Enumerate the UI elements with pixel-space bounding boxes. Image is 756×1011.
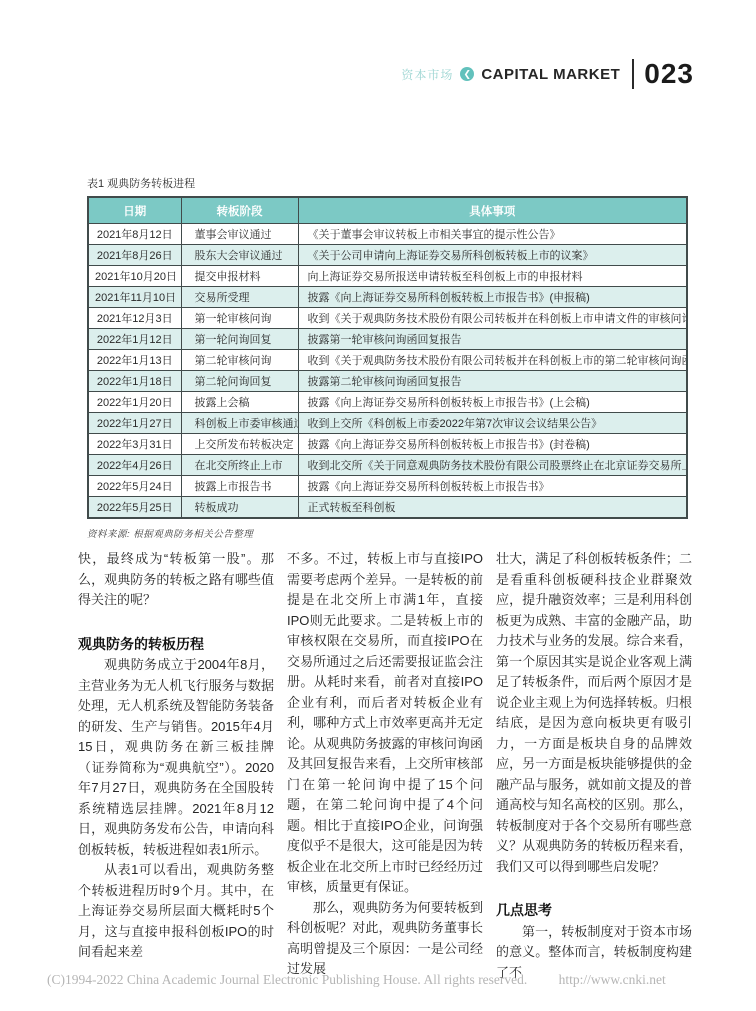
paragraph: 从表1可以看出，观典防务整个转板进程历时9个月。其中，在上海证券交易所层面大概耗… [78,860,274,963]
journal-page: 资本市场 ❮ CAPITAL MARKET 023 表1 观典防务转板进程 日期… [0,0,756,1011]
paragraph: 壮大，满足了科创板转板条件；二是看重科创板硬科技企业群聚效应，提升融资效率；三是… [496,549,692,877]
section-heading: 几点思考 [496,900,692,921]
detail-cell: 披露第一轮审核问询函回复报告 [298,329,687,350]
date-cell: 2021年10月20日 [88,266,181,287]
table-row: 2022年5月25日 转板成功 正式转板至科创板 [88,497,687,519]
stage-cell: 第二轮问询回复 [181,371,298,392]
detail-cell: 收到上交所《科创板上市委2022年第7次审议会议结果公告》 [298,413,687,434]
page-number: 023 [644,58,694,90]
chevron-left-icon: ❮ [460,67,474,81]
stage-cell: 股东大会审议通过 [181,245,298,266]
detail-cell: 《关于公司申请向上海证券交易所科创板转板上市的议案》 [298,245,687,266]
table-row: 2022年1月12日 第一轮问询回复 披露第一轮审核问询函回复报告 [88,329,687,350]
stage-cell: 第一轮审核问询 [181,308,298,329]
article-body: 快，最终成为“转板第一股”。那么，观典防务的转板之路有哪些值得关注的呢？ 观典防… [78,549,692,983]
table-caption: 表1 观典防务转板进程 [87,175,688,191]
stage-cell: 在北交所终止上市 [181,455,298,476]
stage-cell: 提交申报材料 [181,266,298,287]
stage-cell: 披露上会稿 [181,392,298,413]
stage-cell: 上交所发布转板决定 [181,434,298,455]
date-cell: 2022年1月13日 [88,350,181,371]
paragraph: 那么，观典防务为何要转板到科创板呢？对此，观典防务董事长高明曾提及三个原因：一是… [287,898,483,980]
paragraph: 不多。不过，转板上市与直接IPO需要考虑两个差异。一是转板的前提是在北交所上市满… [287,549,483,898]
table-row: 2022年4月26日 在北交所终止上市 收到北交所《关于同意观典防务技术股份有限… [88,455,687,476]
date-cell: 2021年8月26日 [88,245,181,266]
detail-cell: 向上海证券交易所报送申请转板至科创板上市的申报材料 [298,266,687,287]
table-row: 2022年1月13日 第二轮审核问询 收到《关于观典防务技术股份有限公司转板并在… [88,350,687,371]
table-header-row: 日期 转板阶段 具体事项 [88,197,687,224]
detail-cell: 披露《向上海证券交易所科创板转板上市报告书》(上会稿) [298,392,687,413]
table-row: 2021年8月12日 董事会审议通过 《关于董事会审议转板上市相关事宜的提示性公… [88,224,687,245]
detail-cell: 披露《向上海证券交易所科创板转板上市报告书》(封卷稿) [298,434,687,455]
date-cell: 2022年4月26日 [88,455,181,476]
table-row: 2022年1月27日 科创板上市委审核通过 收到上交所《科创板上市委2022年第… [88,413,687,434]
table-row: 2021年8月26日 股东大会审议通过 《关于公司申请向上海证券交易所科创板转板… [88,245,687,266]
copyright-text: (C)1994-2022 China Academic Journal Elec… [47,972,527,987]
table-row: 2022年1月18日 第二轮问询回复 披露第二轮审核问询函回复报告 [88,371,687,392]
date-cell: 2022年3月31日 [88,434,181,455]
detail-cell: 收到北交所《关于同意观典防务技术股份有限公司股票终止在北京证券交易所上市的函》 [298,455,687,476]
table-row: 2022年5月24日 披露上市报告书 披露《向上海证券交易所科创板转板上市报告书… [88,476,687,497]
table-row: 2022年1月20日 披露上会稿 披露《向上海证券交易所科创板转板上市报告书》(… [88,392,687,413]
page-header: 资本市场 ❮ CAPITAL MARKET 023 [401,58,694,90]
page-footer: (C)1994-2022 China Academic Journal Elec… [47,972,666,988]
stage-cell: 披露上市报告书 [181,476,298,497]
paragraph: 快，最终成为“转板第一股”。那么，观典防务的转板之路有哪些值得关注的呢？ [78,549,274,611]
detail-cell: 收到《关于观典防务技术股份有限公司转板并在科创板上市的第二轮审核问询函》 [298,350,687,371]
date-cell: 2021年12月3日 [88,308,181,329]
article-column-1: 快，最终成为“转板第一股”。那么，观典防务的转板之路有哪些值得关注的呢？ 观典防… [78,549,274,983]
table-source-note: 资料来源: 根据观典防务相关公告整理 [87,526,688,540]
cnki-url: http://www.cnki.net [559,972,666,987]
date-cell: 2022年1月18日 [88,371,181,392]
table-row: 2021年10月20日 提交申报材料 向上海证券交易所报送申请转板至科创板上市的… [88,266,687,287]
section-heading: 观典防务的转板历程 [78,634,274,655]
date-cell: 2022年5月25日 [88,497,181,519]
detail-cell: 披露《向上海证券交易所科创板转板上市报告书》(申报稿) [298,287,687,308]
detail-cell: 披露第二轮审核问询函回复报告 [298,371,687,392]
section-label-cn: 资本市场 [401,66,453,83]
stage-cell: 交易所受理 [181,287,298,308]
stage-cell: 科创板上市委审核通过 [181,413,298,434]
paragraph: 观典防务成立于2004年8月，主营业务为无人机飞行服务与数据处理，无人机系统及智… [78,655,274,860]
table-row: 2021年11月10日 交易所受理 披露《向上海证券交易所科创板转板上市报告书》… [88,287,687,308]
header-divider [632,59,634,89]
date-cell: 2022年1月12日 [88,329,181,350]
stage-cell: 董事会审议通过 [181,224,298,245]
detail-cell: 收到《关于观典防务技术股份有限公司转板并在科创板上市申请文件的审核问询函》 [298,308,687,329]
date-cell: 2022年5月24日 [88,476,181,497]
section-label-en: CAPITAL MARKET [481,66,620,83]
stage-cell: 第二轮审核问询 [181,350,298,371]
stage-cell: 第一轮问询回复 [181,329,298,350]
detail-cell: 正式转板至科创板 [298,497,687,519]
detail-cell: 披露《向上海证券交易所科创板转板上市报告书》 [298,476,687,497]
stage-cell: 转板成功 [181,497,298,519]
date-cell: 2021年11月10日 [88,287,181,308]
column-header-stage: 转板阶段 [181,197,298,224]
table-row: 2021年12月3日 第一轮审核问询 收到《关于观典防务技术股份有限公司转板并在… [88,308,687,329]
table-row: 2022年3月31日 上交所发布转板决定 披露《向上海证券交易所科创板转板上市报… [88,434,687,455]
date-cell: 2022年1月27日 [88,413,181,434]
article-column-2: 不多。不过，转板上市与直接IPO需要考虑两个差异。一是转板的前提是在北交所上市满… [287,549,483,983]
article-column-3: 壮大，满足了科创板转板条件；二是看重科创板硬科技企业群聚效应，提升融资效率；三是… [496,549,692,983]
column-header-date: 日期 [88,197,181,224]
column-header-detail: 具体事项 [298,197,687,224]
date-cell: 2021年8月12日 [88,224,181,245]
detail-cell: 《关于董事会审议转板上市相关事宜的提示性公告》 [298,224,687,245]
transfer-progress-table-section: 表1 观典防务转板进程 日期 转板阶段 具体事项 2021年8月12日 董事会审… [87,175,688,540]
date-cell: 2022年1月20日 [88,392,181,413]
transfer-progress-table: 日期 转板阶段 具体事项 2021年8月12日 董事会审议通过 《关于董事会审议… [87,196,688,519]
